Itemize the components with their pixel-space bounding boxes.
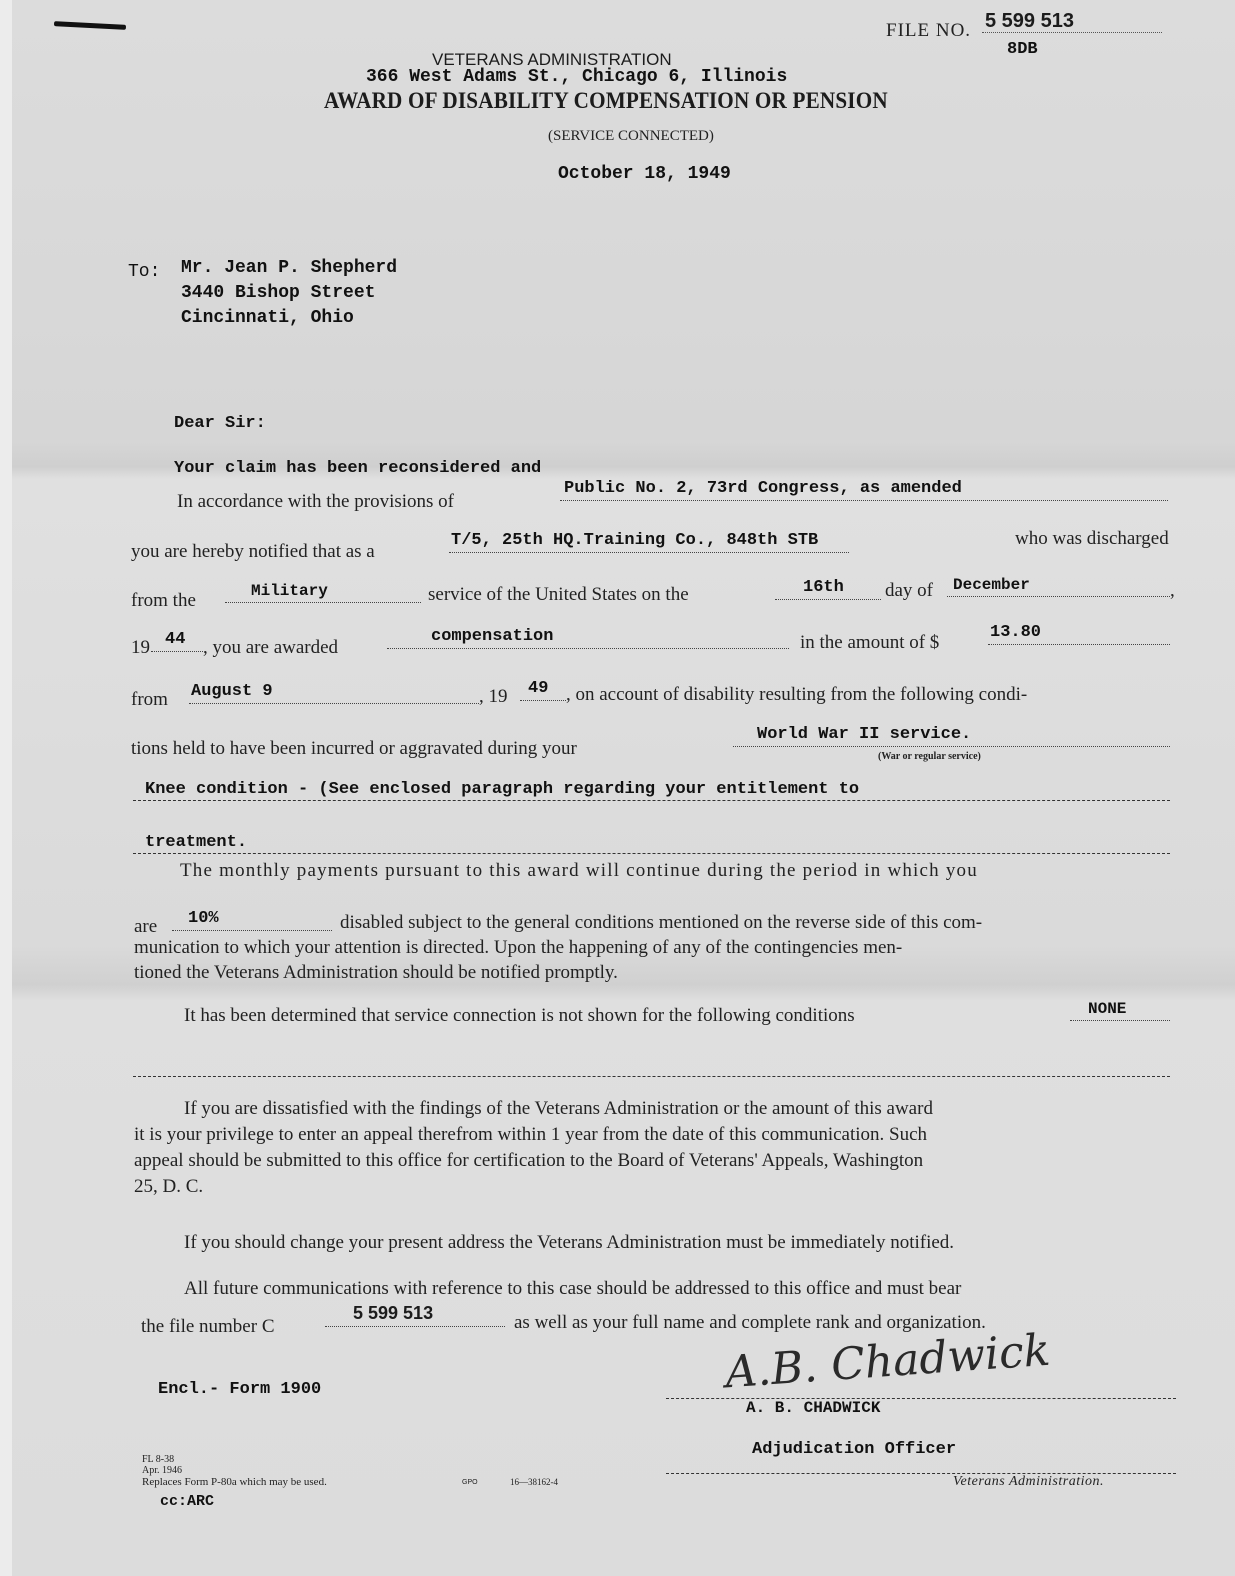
signer-agency: Veterans Administration. [953, 1474, 1104, 1490]
page-edge [0, 0, 12, 1576]
salutation: Dear Sir: [174, 414, 266, 433]
day-field: 16th [775, 577, 881, 600]
payments-line-3: munication to which your attention is di… [134, 937, 902, 959]
amount-field: 13.80 [988, 622, 1170, 645]
payments-are: are [134, 916, 157, 938]
condition-rule-1 [133, 800, 1170, 801]
document-subtitle: (SERVICE CONNECTED) [548, 128, 714, 145]
service-field: Military [225, 580, 421, 603]
not-shown-field: NONE [1070, 998, 1170, 1021]
not-shown-label: It has been determined that service conn… [184, 1005, 855, 1027]
future-line-2: as well as your full name and complete r… [514, 1312, 986, 1334]
document-page: FILE NO. 5 599 513 8DB VETERANS ADMINIST… [0, 0, 1235, 1576]
recipient-city: Cincinnati, Ohio [181, 308, 354, 328]
month-field: December [947, 574, 1170, 597]
signer-title: Adjudication Officer [752, 1440, 956, 1459]
effective-date-value: August 9 [191, 682, 273, 701]
to-label: To: [128, 262, 160, 282]
provisions-field: Public No. 2, 73rd Congress, as amended [560, 478, 1168, 501]
day-value: 16th [803, 578, 844, 597]
signature-rule [666, 1398, 1176, 1399]
war-service-field: World War II service. [733, 724, 1170, 747]
form-replaces: Replaces Form P-80a which may be used. [142, 1476, 327, 1488]
amount-label: in the amount of $ [800, 632, 939, 654]
file-number-field: 5 599 513 [325, 1304, 505, 1327]
gpo-label: GPO [462, 1479, 478, 1486]
file-number-label: the file number C [141, 1316, 275, 1338]
agency-address: 366 West Adams St., Chicago 6, Illinois [366, 67, 787, 87]
rank-field: T/5, 25th HQ.Training Co., 848th STB [449, 530, 849, 553]
effective-year-value: 49 [528, 679, 548, 698]
file-no-value: 5 599 513 [985, 10, 1074, 33]
not-shown-value: NONE [1088, 1000, 1126, 1018]
not-shown-rule [133, 1076, 1170, 1077]
amount-value: 13.80 [990, 623, 1041, 642]
discharge-year-field: 44 [151, 629, 203, 652]
awarded-label: , you are awarded [203, 637, 338, 659]
appeal-line-4: 25, D. C. [134, 1176, 203, 1198]
provisions-value: Public No. 2, 73rd Congress, as amended [564, 479, 962, 498]
staple-mark [54, 21, 126, 30]
appeal-line-2: it is your privilege to enter an appeal … [134, 1124, 927, 1146]
disability-percent-field: 10% [172, 908, 332, 931]
file-suffix: 8DB [1007, 40, 1038, 59]
payments-line-1: The monthly payments pursuant to this aw… [180, 860, 978, 882]
signer-name: A. B. CHADWICK [746, 1399, 880, 1417]
intro-line: Your claim has been reconsidered and [174, 459, 541, 478]
service-label: service of the United States on the [428, 584, 689, 606]
condition-text-2: treatment. [145, 833, 247, 852]
future-line-1: All future communications with reference… [184, 1278, 961, 1300]
discharge-year-value: 44 [165, 630, 185, 649]
recipient-street: 3440 Bishop Street [181, 283, 375, 303]
payments-line-2: disabled subject to the general conditio… [340, 912, 982, 934]
from-date-label: from [131, 689, 168, 711]
file-number-value: 5 599 513 [353, 1303, 433, 1324]
war-service-caption: (War or regular service) [878, 751, 981, 762]
condition-text-1: Knee condition - (See enclosed paragraph… [145, 780, 859, 799]
from-label: from the [131, 590, 196, 612]
file-no-label: FILE NO. [886, 20, 971, 42]
year-prefix: 19 [131, 637, 150, 659]
discharged-label: who was discharged [1015, 528, 1169, 550]
enclosure-note: Encl.- Form 1900 [158, 1380, 321, 1399]
rank-value: T/5, 25th HQ.Training Co., 848th STB [451, 531, 818, 550]
month-value: December [953, 576, 1030, 594]
payments-line-4: tioned the Veterans Administration shoul… [134, 962, 618, 984]
appeal-line-1: If you are dissatisfied with the finding… [184, 1098, 933, 1120]
letter-date: October 18, 1949 [558, 164, 731, 184]
provisions-label: In accordance with the provisions of [177, 491, 454, 513]
comma: , [1170, 580, 1175, 602]
form-id: FL 8-38 [142, 1454, 174, 1465]
effective-year-prefix: , 19 [479, 686, 508, 708]
effective-year-field: 49 [520, 678, 566, 701]
incurred-label: tions held to have been incurred or aggr… [131, 738, 577, 760]
award-type-field: compensation [387, 626, 789, 649]
cc-note: cc:ARC [160, 1493, 214, 1510]
recipient-name: Mr. Jean P. Shepherd [181, 258, 397, 278]
conditions-intro: , on account of disability resulting fro… [566, 684, 1027, 706]
document-title: AWARD OF DISABILITY COMPENSATION OR PENS… [324, 88, 888, 114]
condition-rule-2 [133, 853, 1170, 854]
day-of-label: day of [885, 580, 933, 602]
form-date: Apr. 1946 [142, 1465, 182, 1476]
service-value: Military [251, 582, 328, 600]
disability-percent-value: 10% [188, 909, 219, 928]
war-service-value: World War II service. [757, 725, 971, 744]
handwritten-signature: A.B. Chadwick [724, 1325, 1052, 1399]
effective-date-field: August 9 [189, 681, 479, 704]
rank-label: you are hereby notified that as a [131, 541, 375, 563]
award-type-value: compensation [431, 627, 553, 646]
appeal-line-3: appeal should be submitted to this offic… [134, 1150, 923, 1172]
address-change-notice: If you should change your present addres… [184, 1232, 954, 1254]
gpo-number: 16—38162-4 [510, 1477, 558, 1487]
